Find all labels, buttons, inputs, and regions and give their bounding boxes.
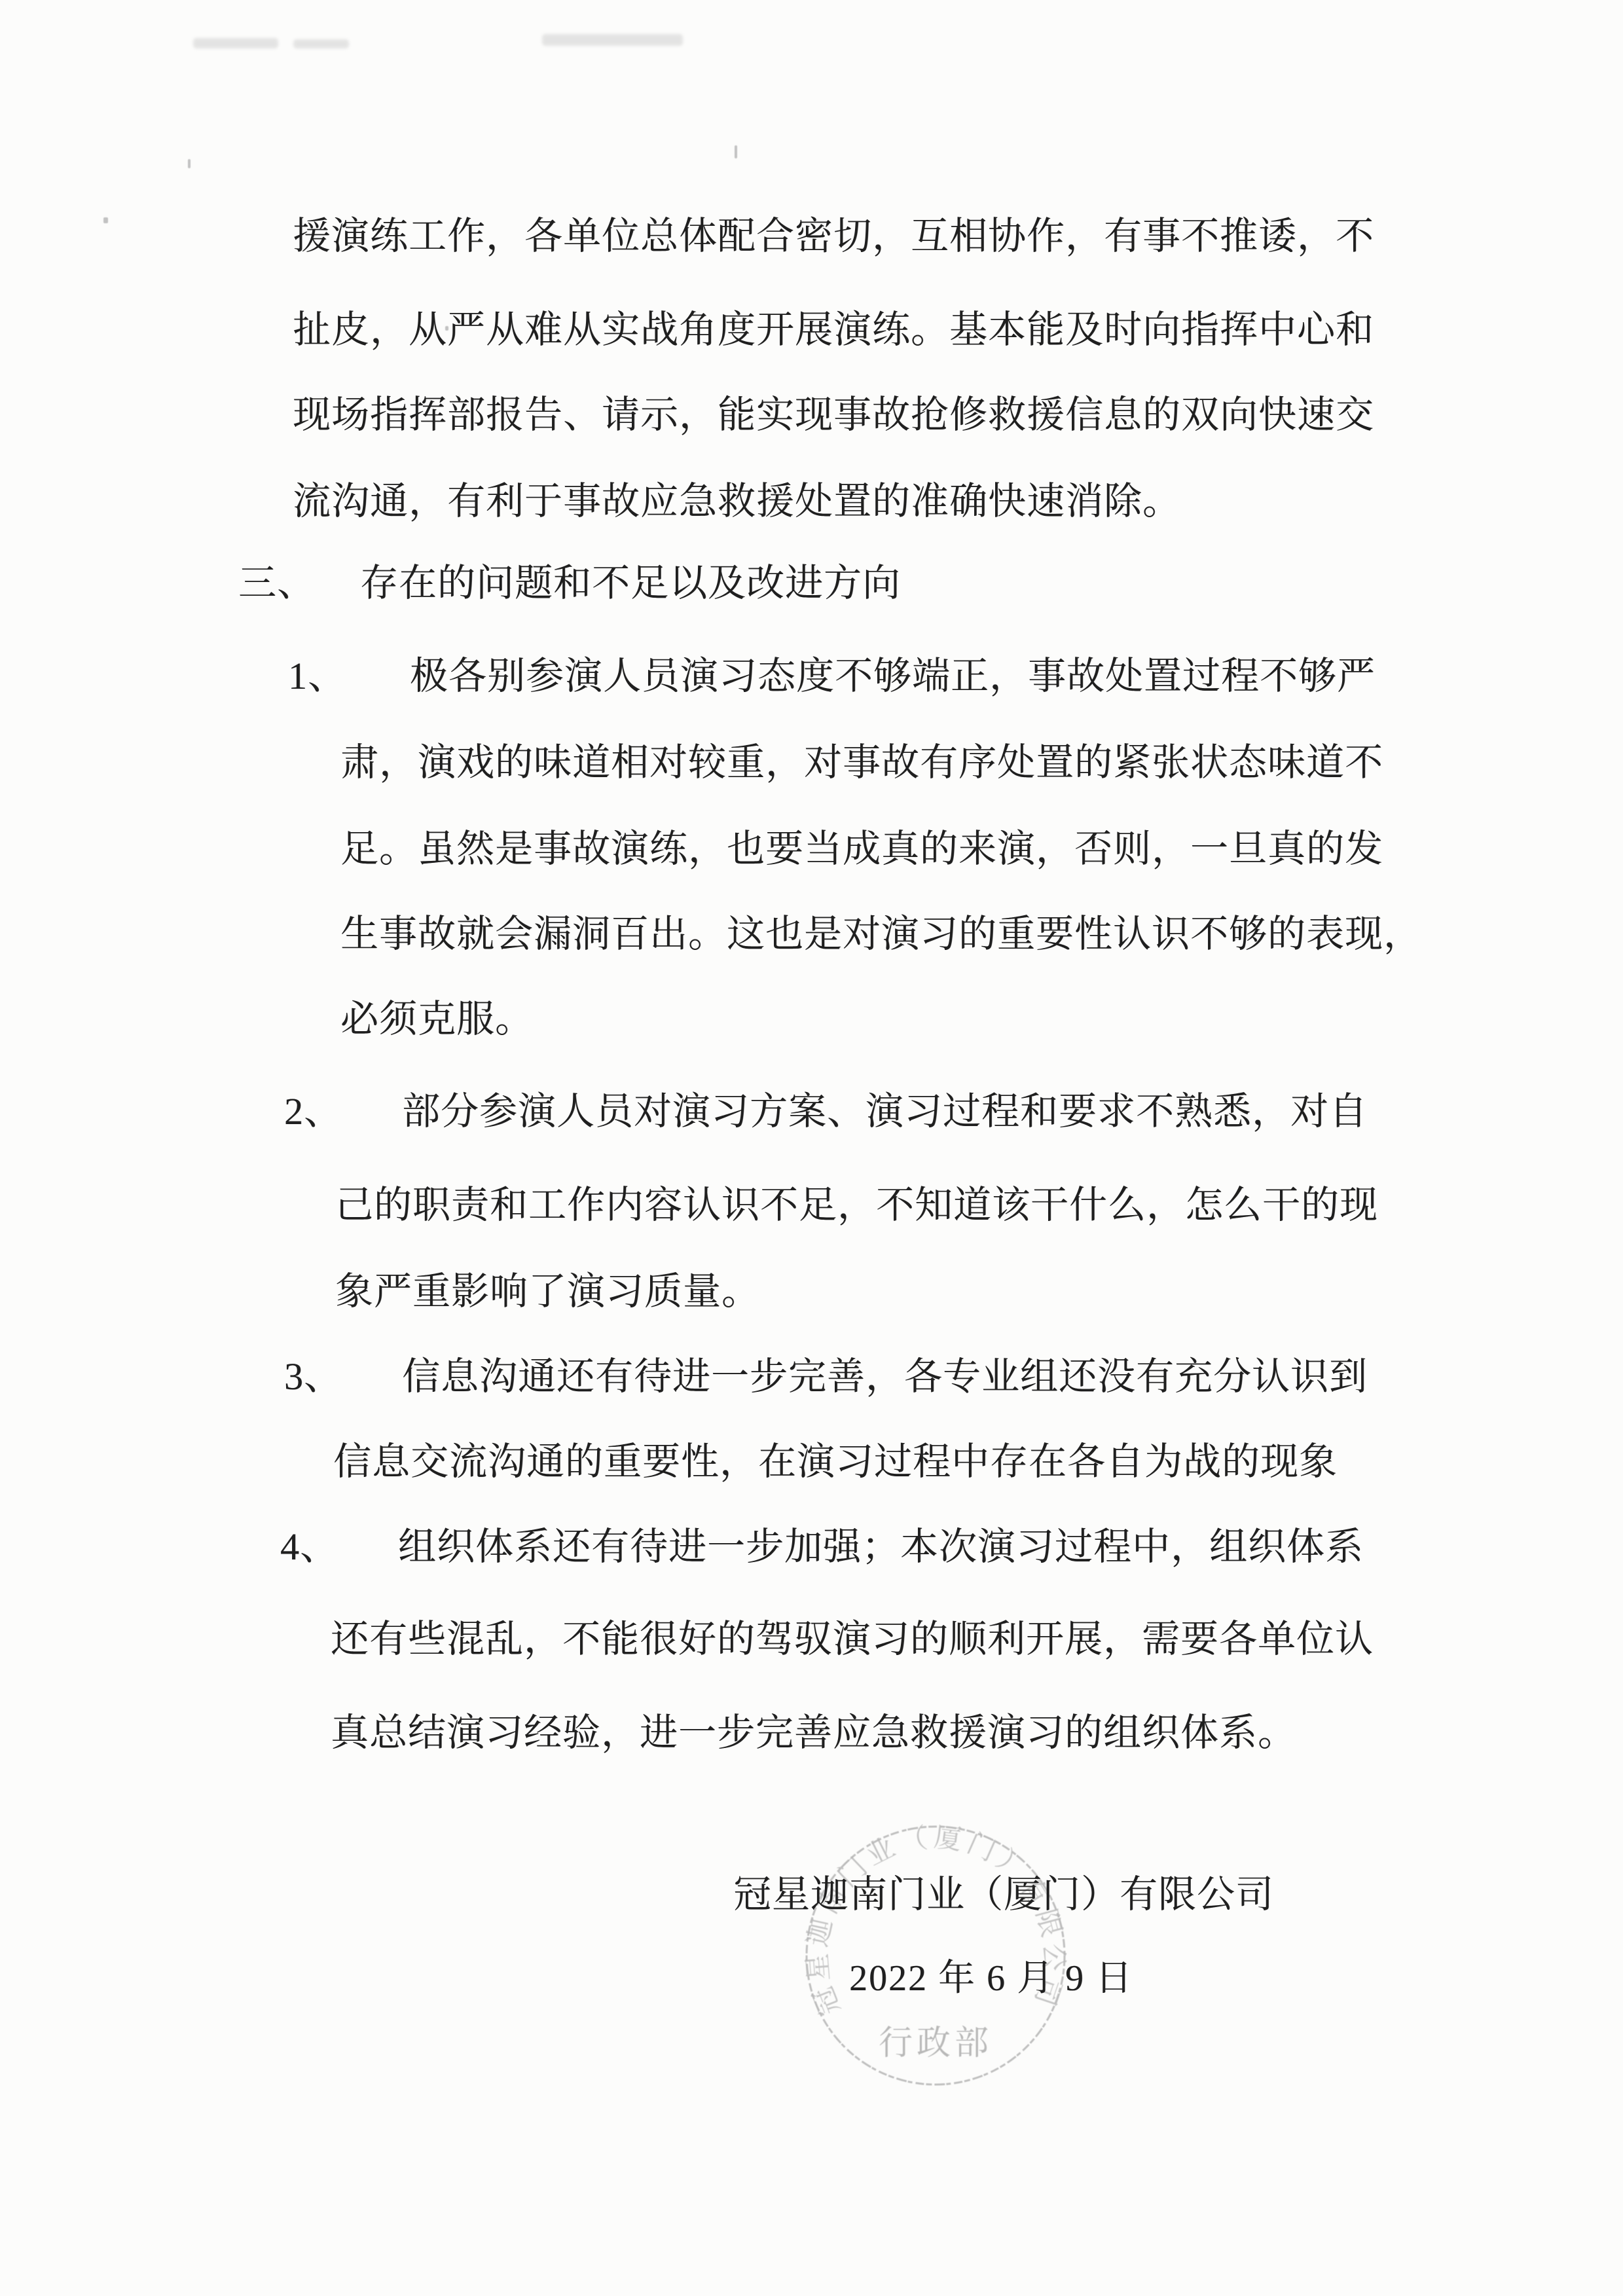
item3-number: 3、 <box>284 1356 342 1398</box>
company-seal: 冠星迦南门业（厦门）有限公司 行政部 <box>804 1824 1067 2087</box>
body-line-p1-3: 现场指挥部报告、请示，能实现事故抢修救援信息的双向快速交 <box>293 394 1374 436</box>
body-line-p1-1: 援演练工作，各单位总体配合密切，互相协作，有事不推诿，不 <box>293 215 1374 257</box>
scan-noise-tick <box>188 159 191 168</box>
item3-line1: 信息沟通还有待进一步完善，各专业组还没有充分认识到 <box>402 1356 1368 1398</box>
item1-line3: 足。虽然是事故演练，也要当成真的来演，否则，一旦真的发 <box>340 828 1383 870</box>
item4-line1: 组织体系还有待进一步加强；本次演习过程中，组织体系 <box>398 1526 1364 1568</box>
scan-noise-tick <box>103 217 108 223</box>
company-name: 冠星迦南门业（厦门）有限公司 <box>733 1874 1274 1916</box>
item4-line3: 真总结演习经验，进一步完善应急救援演习的组织体系。 <box>331 1712 1296 1754</box>
item1-line4: 生事故就会漏洞百出。这也是对演习的重要性认识不够的表现， <box>340 913 1422 955</box>
item1-line2: 肃，演戏的味道相对较重，对事故有序处置的紧张状态味道不 <box>340 742 1383 784</box>
scan-noise-smudge <box>293 39 349 48</box>
scan-noise-tick <box>735 145 737 158</box>
item1-line5: 必须克服。 <box>340 998 534 1040</box>
body-line-p1-2: 扯皮，从严从难从实战角度开展演练。基本能及时向指挥中心和 <box>293 309 1374 351</box>
item1-line1: 极各别参演人员演习态度不够端正，事故处置过程不够严 <box>410 655 1376 697</box>
scanned-report-page: 援演练工作，各单位总体配合密切，互相协作，有事不推诿，不 扯皮，从严从难从实战角… <box>0 0 1623 2296</box>
scan-noise-smudge <box>193 38 278 48</box>
section-number: 三、 <box>238 562 316 604</box>
body-line-p1-4: 流沟通，有利于事故应急救援处置的准确快速消除。 <box>293 481 1181 522</box>
scan-noise-smudge <box>542 34 683 46</box>
item3-line2: 信息交流沟通的重要性，在演习过程中存在各自为战的现象 <box>333 1441 1338 1483</box>
item4-line2: 还有些混乱，不能很好的驾驭演习的顺利开展，需要各单位认 <box>331 1618 1374 1660</box>
date-line: 2022 年 6 月 9 日 <box>849 1958 1133 1999</box>
item1-number: 1、 <box>288 655 346 697</box>
section-title: 存在的问题和不足以及改进方向 <box>360 562 901 604</box>
item2-line2: 己的职责和工作内容认识不足，不知道该干什么，怎么干的现 <box>335 1184 1378 1226</box>
item2-line3: 象严重影响了演习质量。 <box>335 1271 760 1313</box>
item2-number: 2、 <box>284 1091 342 1133</box>
item2-line1: 部分参演人员对演习方案、演习过程和要求不熟悉，对自 <box>402 1091 1368 1133</box>
item4-number: 4、 <box>280 1526 338 1568</box>
seal-department-label: 行政部 <box>879 2015 993 2064</box>
